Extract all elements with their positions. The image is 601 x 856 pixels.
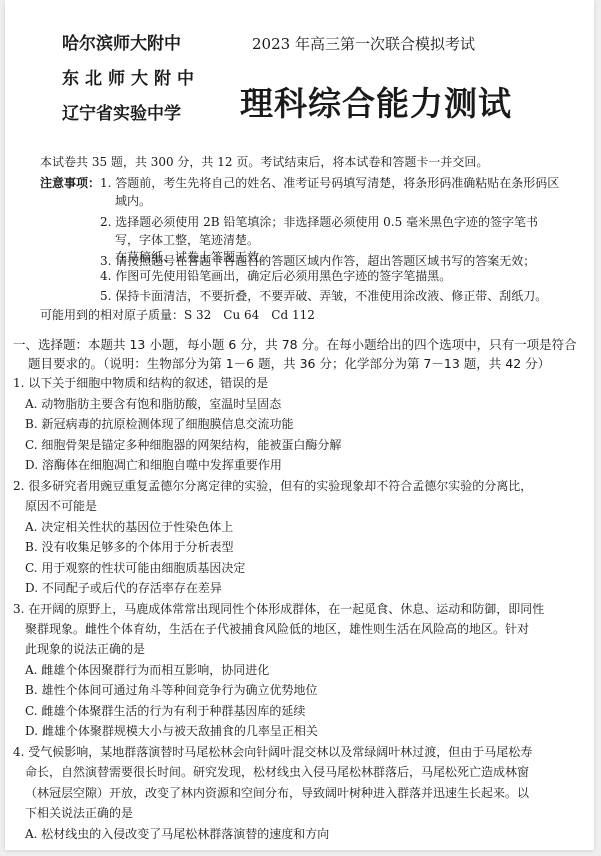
note-line: 2. 选择题必须使用 2B 铅笔填涂；非选择题必须使用 0.5 毫米黑色字迹的签… — [100, 214, 538, 230]
note-line: 5. 保持卡面清洁，不要折叠，不要弄破、弄皱，不准使用涂改液、修正带、刮纸刀。 — [100, 288, 547, 304]
option-a: A. 动物脂肪主要含有饱和脂肪酸，室温时呈固态 — [25, 396, 281, 412]
question-stem: 下相关说法正确的是 — [25, 805, 133, 821]
question-stem: 此现象的说法正确的是 — [25, 641, 145, 657]
notes-label: 注意事项： — [40, 175, 100, 191]
question-stem: 聚群现象。雌性个体育幼，生活在子代被捕食风险低的地区，雄性则生活在风险高的地区。… — [25, 621, 529, 637]
note-line: 1. 答题前，考生先将自己的姓名、准考证号码填写清楚，将条形码准确粘贴在条形码区 — [100, 175, 559, 191]
question-stem: （林冠层空隙）开放，改变了林内资源和空间分布，导致阔叶树种进入群落并迅速生长起来… — [25, 785, 529, 801]
question-stem: 3. 在开阔的原野上，马鹿成体常常出现同性个体形成群体，在一起觅食、休息、运动和… — [13, 601, 544, 617]
option-c: C. 细胞骨架是锚定多种细胞器的网架结构，能被蛋白酶分解 — [25, 437, 341, 453]
intro-text: 本试卷共 35 题，共 300 分，共 12 页。考试结束后，将本试卷和答题卡一… — [40, 154, 488, 170]
option-b: B. 没有收集足够多的个体用于分析表型 — [25, 539, 233, 555]
note-line: 域内。 — [115, 193, 151, 209]
school-name: 东北师大附中 — [62, 62, 200, 97]
exam-name: 2023 年高三第一次联合模拟考试 — [252, 33, 475, 54]
option-a: A. 雌雄个体因聚群行为而相互影响，协同进化 — [25, 662, 269, 678]
option-b: B. 雄性个体间可通过角斗等种间竞争行为确立优势地位 — [25, 682, 317, 698]
option-b: B. 新冠病毒的抗原检测体现了细胞膜信息交流功能 — [25, 416, 293, 432]
exam-title: 理科综合能力测试 — [240, 78, 512, 125]
note-line: 写，字体工整，笔迹清楚。 — [115, 232, 259, 248]
option-c: C. 雌雄个体聚群生活的行为有利于种群基因库的延续 — [25, 703, 305, 719]
note-line: 在草稿纸、试卷上答题无效。 — [115, 249, 271, 265]
question-stem: 原因不可能是 — [25, 498, 97, 514]
option-d: D. 雌雄个体聚群规模大小与被天敌捕食的几率呈正相关 — [25, 723, 318, 739]
school-name: 辽宁省实验中学 — [62, 97, 200, 132]
option-d: D. 不同配子或后代的存活率存在差异 — [25, 580, 222, 596]
section-heading: 题目要求的。（说明：生物部分为第 1－6 题，共 36 分；化学部分为第 7－1… — [28, 356, 550, 372]
section-heading: 一、选择题：本题共 13 小题，每小题 6 分，共 78 分。在每小题给出的四个… — [13, 337, 577, 353]
note-line: 4. 作图可先使用铅笔画出，确定后必须用黑色字迹的签字笔描黑。 — [100, 268, 451, 284]
question-stem: 2. 很多研究者用豌豆重复孟德尔分离定律的实验，但有的实验现象却不符合孟德尔实验… — [13, 478, 532, 494]
question-stem: 命长，自然演替需要很长时间。研究发现，松材线虫入侵马尾松林群落后，马尾松死亡造成… — [25, 764, 529, 780]
option-a: A. 松材线虫的入侵改变了马尾松林群落演替的速度和方向 — [25, 826, 329, 842]
school-list: 哈尔滨师大附中 东北师大附中 辽宁省实验中学 — [62, 27, 200, 132]
question-stem: 4. 受气候影响，某地群落演替时马尾松林会向针阔叶混交林以及常绿阔叶林过渡，但由… — [13, 744, 532, 760]
question-stem: 1. 以下关于细胞中物质和结构的叙述，错误的是 — [13, 375, 268, 391]
atomic-masses: 可能用到的相对原子质量：S 32 Cu 64 Cd 112 — [40, 307, 315, 323]
option-c: C. 用于观察的性状可能由细胞质基因决定 — [25, 560, 245, 576]
school-name: 哈尔滨师大附中 — [62, 27, 200, 62]
option-a: A. 决定相关性状的基因位于性染色体上 — [25, 519, 233, 535]
option-d: D. 溶酶体在细胞凋亡和细胞自噬中发挥重要作用 — [25, 457, 282, 473]
